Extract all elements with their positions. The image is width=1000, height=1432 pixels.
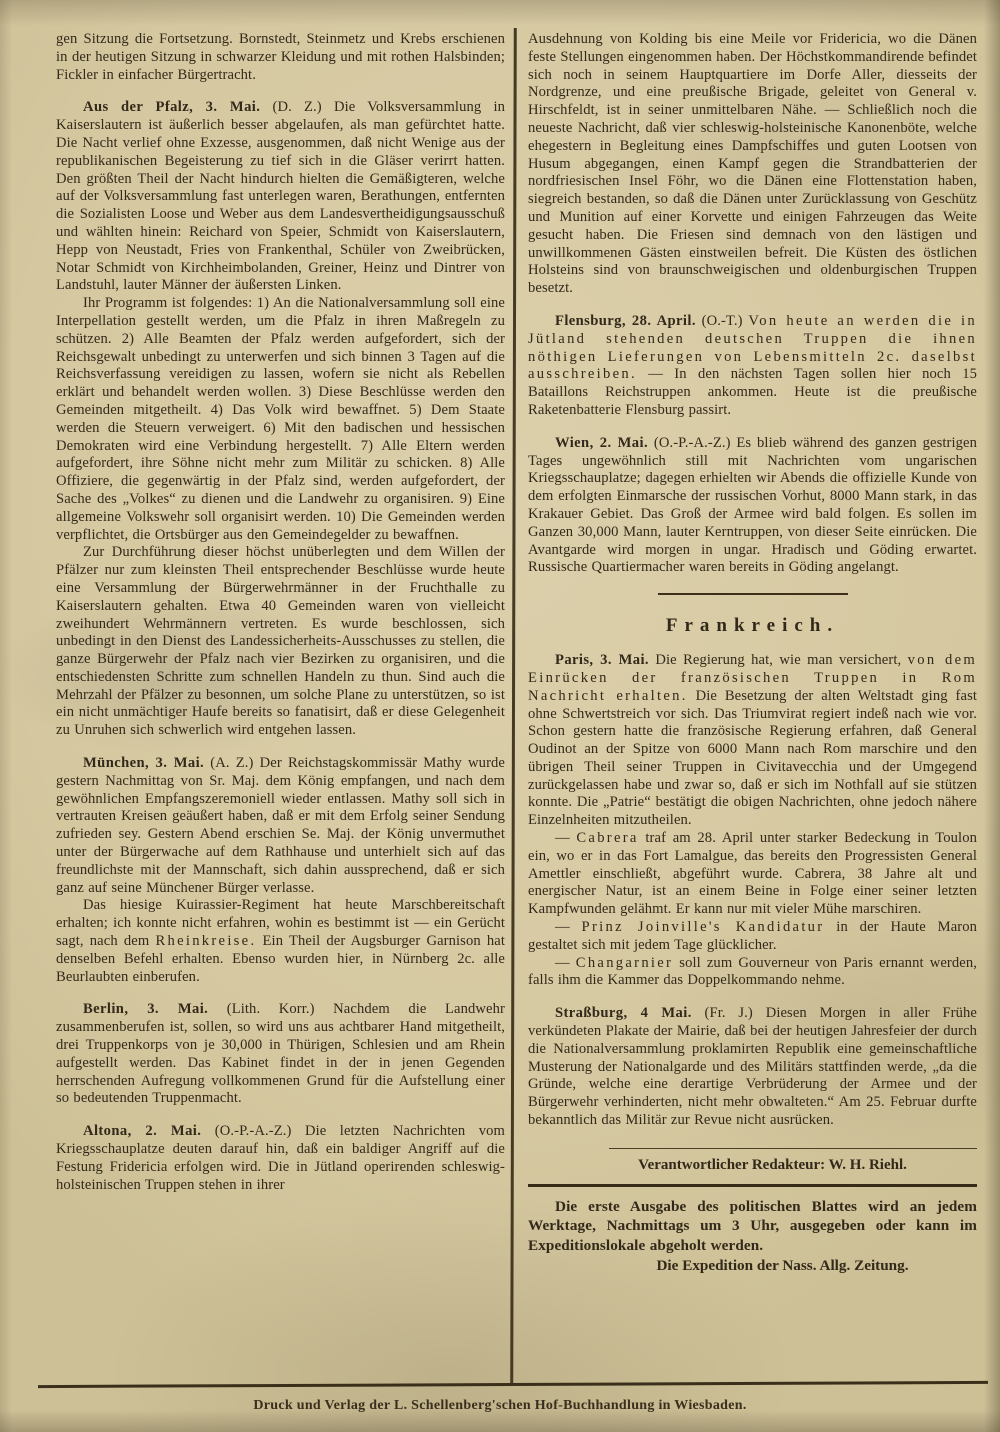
paragraph-lead-text: Die Regierung hat, wie man versichert, xyxy=(655,652,901,668)
paragraph-lead-text: — xyxy=(555,830,570,846)
news-article: Paris, 3. Mai. Die Regierung hat, wie ma… xyxy=(528,652,977,830)
source-credit: (Fr. J.) xyxy=(705,1005,753,1021)
paragraph: — Cabrera traf am 28. April unter starke… xyxy=(528,830,977,919)
paragraph-text: Ihr Programm ist folgendes: 1) An die Na… xyxy=(56,295,505,542)
letterspaced-emphasis: Prinz Joinville's Kandidatur xyxy=(582,919,825,935)
paragraph: Ihr Programm ist folgendes: 1) An die Na… xyxy=(56,295,505,544)
news-article: Aus der Pfalz, 3. Mai. (D. Z.) Die Volks… xyxy=(56,99,505,295)
source-credit: (O.-P.-A.-Z.) xyxy=(215,1123,292,1139)
source-credit: (D. Z.) xyxy=(272,99,321,115)
article-dateline: Aus der Pfalz, 3. Mai. xyxy=(83,99,260,115)
paragraph-text: Die Besetzung der alten Weltstadt ging f… xyxy=(528,688,977,829)
paragraph-lead-text: — xyxy=(555,919,570,935)
paragraph-text: gen Sitzung die Fortsetzung. Bornstedt, … xyxy=(56,31,505,83)
letterspaced-emphasis: Changarnier xyxy=(576,955,673,971)
article-dateline: Flensburg, 28. April. xyxy=(555,313,696,329)
article-dateline: Straßburg, 4 Mai. xyxy=(555,1005,692,1021)
thin-separator-rule xyxy=(609,1148,977,1149)
paragraph: Das hiesige Kuirassier-Regiment hat heut… xyxy=(56,897,505,986)
paragraph-text: Die Volksversammlung in Kaiserslautern i… xyxy=(56,99,505,293)
paragraph-text: Die erste Ausgabe des politischen Blatte… xyxy=(528,1198,977,1254)
right-column: Ausdehnung von Kolding bis eine Meile vo… xyxy=(528,31,977,1383)
news-article: Flensburg, 28. April. (O.-T.) Von heute … xyxy=(528,313,977,420)
article-dateline: Paris, 3. Mai. xyxy=(555,652,649,668)
responsible-editor-line: Verantwortlicher Redakteur: W. H. Riehl. xyxy=(528,1157,977,1174)
source-credit: (Lith. Korr.) xyxy=(227,1001,315,1017)
news-article: Straßburg, 4 Mai. (Fr. J.) Diesen Morgen… xyxy=(528,1005,977,1130)
imprint-line: Druck und Verlag der L. Schellenberg'sch… xyxy=(0,1398,1000,1414)
letterspaced-emphasis: Cabrera xyxy=(576,830,638,846)
letterspaced-emphasis: Rheinkreise. xyxy=(155,933,256,949)
paragraph-text: Der Reichstagskommissär Mathy wurde gest… xyxy=(56,755,505,896)
paragraph: Ausdehnung von Kolding bis eine Meile vo… xyxy=(528,31,977,298)
source-credit: (A. Z.) xyxy=(210,755,253,771)
paragraph: gen Sitzung die Fortsetzung. Bornstedt, … xyxy=(56,31,505,84)
article-dateline: Berlin, 3. Mai. xyxy=(83,1001,208,1017)
news-article: Berlin, 3. Mai. (Lith. Korr.) Nachdem di… xyxy=(56,1001,505,1108)
article-dateline: Wien, 2. Mai. xyxy=(555,435,648,451)
paragraph-text: Diesen Morgen in aller Frühe verkündeten… xyxy=(528,1005,977,1128)
news-article: Altona, 2. Mai. (O.-P.-A.-Z.) Die letzte… xyxy=(56,1123,505,1194)
paragraph: — Prinz Joinville's Kandidatur in der Ha… xyxy=(528,919,977,955)
paragraph-text: Es blieb während des ganzen gestrigen Ta… xyxy=(528,435,977,576)
newspaper-page: gen Sitzung die Fortsetzung. Bornstedt, … xyxy=(0,0,1000,1432)
article-dateline: Altona, 2. Mai. xyxy=(83,1123,201,1139)
section-heading-frankreich: Frankreich. xyxy=(528,615,977,637)
article-dateline: München, 3. Mai. xyxy=(83,755,204,771)
paragraph-text: Ausdehnung von Kolding bis eine Meile vo… xyxy=(528,31,977,296)
news-article: Wien, 2. Mai. (O.-P.-A.-Z.) Es blieb wäh… xyxy=(528,435,977,577)
paragraph-lead-text: — xyxy=(555,955,570,971)
source-credit: (O.-T.) xyxy=(702,313,743,329)
expedition-line: Die Expedition der Nass. Allg. Zeitung. xyxy=(528,1257,977,1275)
paragraph: — Changarnier soll zum Gouverneur von Pa… xyxy=(528,955,977,991)
paragraph-text: Zur Durchführung dieser höchst unüberleg… xyxy=(56,544,505,738)
short-separator-rule xyxy=(658,593,848,595)
source-credit: (O.-P.-A.-Z.) xyxy=(654,435,731,451)
thick-separator-rule xyxy=(528,1184,977,1187)
paragraph: Die erste Ausgabe des politischen Blatte… xyxy=(528,1197,977,1256)
column-divider-rule xyxy=(510,28,517,1384)
paragraph: Zur Durchführung dieser höchst unüberleg… xyxy=(56,544,505,740)
news-article: München, 3. Mai. (A. Z.) Der Reichstagsk… xyxy=(56,755,505,897)
left-column: gen Sitzung die Fortsetzung. Bornstedt, … xyxy=(56,31,505,1383)
